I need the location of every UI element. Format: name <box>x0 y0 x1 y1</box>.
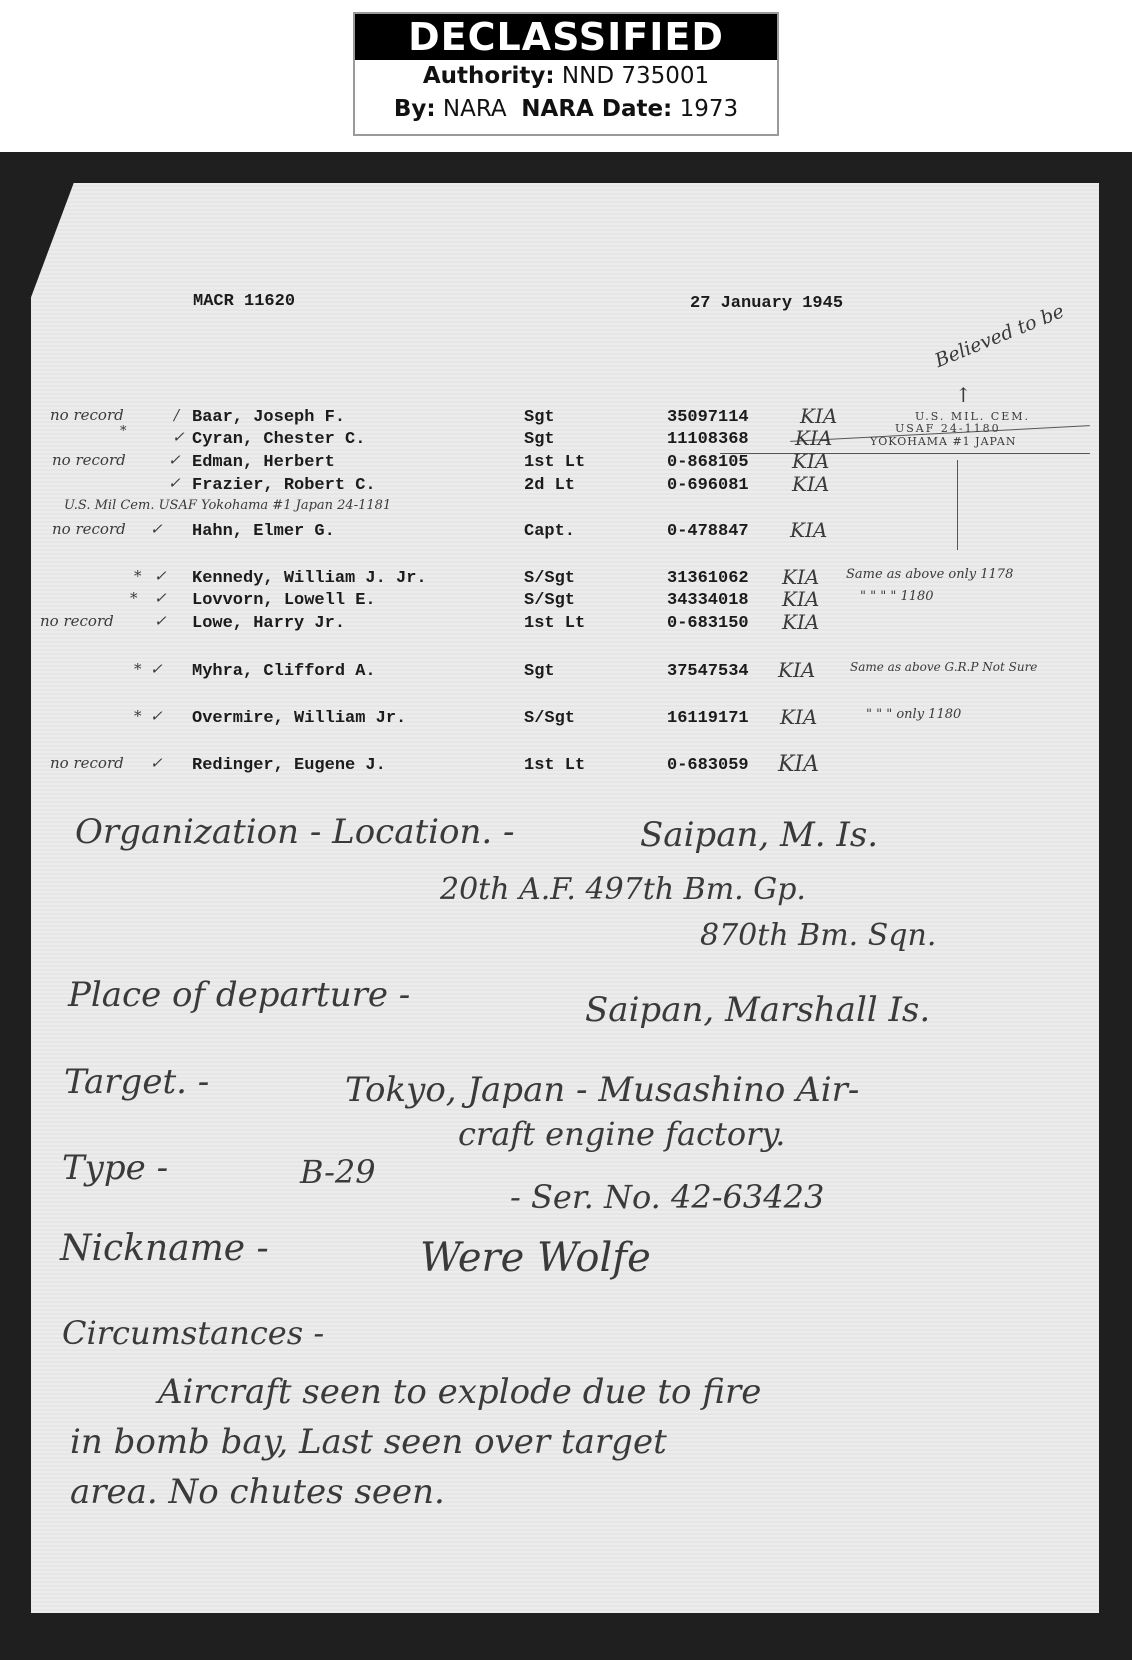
nickname-label: Nickname - <box>60 1228 269 1269</box>
check-mark-icon: ✓ <box>150 660 163 678</box>
crew-serial: 35097114 <box>667 408 749 427</box>
crew-serial: 0-868105 <box>667 453 749 472</box>
crew-status: KIA <box>780 705 817 729</box>
by-value: NARA <box>443 96 507 122</box>
crew-serial: 0-683150 <box>667 614 749 633</box>
authority-value: NND 735001 <box>562 63 709 89</box>
crew-status: KIA <box>778 752 819 777</box>
check-mark-icon: ✓ <box>150 754 163 772</box>
crew-status: KIA <box>792 472 829 496</box>
left-note: * <box>130 589 138 607</box>
stamp-authority: Authority: NND 735001 <box>355 60 777 93</box>
left-note: no record <box>50 754 124 772</box>
crew-row: no record ✓ Redinger, Eugene J. 1st Lt 0… <box>0 756 1132 776</box>
circumstances-line1: Aircraft seen to explode due to fire <box>158 1372 761 1412</box>
crew-row: * ✓ Lovvorn, Lowell E. S/Sgt 34334018 KI… <box>0 591 1132 611</box>
crew-name: Hahn, Elmer G. <box>192 522 335 541</box>
crew-name: Lovvorn, Lowell E. <box>192 591 376 610</box>
crew-row: no record / Baar, Joseph F. Sgt 35097114… <box>0 408 1132 428</box>
date-label: NARA Date: <box>521 96 672 122</box>
crew-row: no record ✓ Lowe, Harry Jr. 1st Lt 0-683… <box>0 614 1132 634</box>
departure-value: Saipan, Marshall Is. <box>585 990 930 1030</box>
organization-label: Organization - Location. - <box>75 812 515 852</box>
crew-status: KIA <box>795 426 832 450</box>
check-mark-icon: ✓ <box>150 707 163 725</box>
type-value: B-29 <box>300 1153 376 1191</box>
crew-rank: Sgt <box>524 430 555 449</box>
crew-row: ✓ Frazier, Robert C. 2d Lt 0-696081 KIA <box>0 476 1132 496</box>
crew-serial: 16119171 <box>667 709 749 728</box>
crew-rank: 1st Lt <box>524 756 585 775</box>
left-note: no record <box>52 520 126 538</box>
crew-serial: 0-696081 <box>667 476 749 495</box>
nickname-value: Were Wolfe <box>420 1235 651 1281</box>
by-label: By: <box>394 96 436 122</box>
crew-rank: 2d Lt <box>524 476 575 495</box>
crew-row: * ✓ Cyran, Chester C. Sgt 11108368 KIA <box>0 430 1132 450</box>
crew-rank: 1st Lt <box>524 614 585 633</box>
circumstances-label: Circumstances - <box>62 1314 324 1352</box>
check-mark-icon: / <box>174 406 179 424</box>
crew-rank: Sgt <box>524 662 555 681</box>
circumstances-line3: area. No chutes seen. <box>70 1472 445 1512</box>
crew-serial: 11108368 <box>667 430 749 449</box>
crew-row: * ✓ Myhra, Clifford A. Sgt 37547534 KIA … <box>0 662 1132 682</box>
crew-status: KIA <box>782 565 819 589</box>
left-note: no record <box>52 451 126 469</box>
crew-name: Lowe, Harry Jr. <box>192 614 345 633</box>
crew-rank: Capt. <box>524 522 575 541</box>
check-mark-icon: ✓ <box>150 520 163 538</box>
crew-name: Overmire, William Jr. <box>192 709 406 728</box>
circumstances-line2: in bomb bay, Last seen over target <box>70 1422 667 1462</box>
crew-rank: S/Sgt <box>524 591 575 610</box>
stamp-title: DECLASSIFIED <box>355 14 777 60</box>
crew-status: KIA <box>778 658 815 682</box>
organization-value: Saipan, M. Is. <box>640 815 878 855</box>
stamp-by-date: By: NARA NARA Date: 1973 <box>355 93 777 126</box>
report-id: MACR 11620 <box>193 292 295 311</box>
authority-label: Authority: <box>423 63 555 89</box>
arrow-up-icon: ↑ <box>955 383 972 407</box>
departure-label: Place of departure - <box>68 975 410 1015</box>
crew-row: no record ✓ Edman, Herbert 1st Lt 0-8681… <box>0 453 1132 473</box>
target-label: Target. - <box>64 1062 209 1102</box>
crew-serial: 37547534 <box>667 662 749 681</box>
report-date: 27 January 1945 <box>690 294 843 313</box>
crew-row: * ✓ Overmire, William Jr. S/Sgt 16119171… <box>0 709 1132 729</box>
crew-name: Baar, Joseph F. <box>192 408 345 427</box>
crew-rank: 1st Lt <box>524 453 585 472</box>
organization-line2: 20th A.F. 497th Bm. Gp. <box>440 872 806 907</box>
declassified-stamp: DECLASSIFIED Authority: NND 735001 By: N… <box>353 12 779 136</box>
crew-name: Frazier, Robert C. <box>192 476 376 495</box>
crew-name: Kennedy, William J. Jr. <box>192 569 427 588</box>
type-label: Type - <box>62 1148 168 1188</box>
crew-name: Cyran, Chester C. <box>192 430 365 449</box>
crew-rank: S/Sgt <box>524 709 575 728</box>
right-note: Same as above only 1178 <box>846 567 1013 582</box>
crew-status: KIA <box>792 449 829 473</box>
check-mark-icon: ✓ <box>172 428 185 446</box>
crew-serial: 34334018 <box>667 591 749 610</box>
right-note: " " " " 1180 <box>860 589 934 604</box>
frazier-note: U.S. Mil Cem. USAF Yokohama #1 Japan 24-… <box>64 498 391 513</box>
crew-name: Redinger, Eugene J. <box>192 756 386 775</box>
crew-serial: 0-478847 <box>667 522 749 541</box>
check-mark-icon: ✓ <box>154 567 167 585</box>
crew-name: Edman, Herbert <box>192 453 335 472</box>
right-note: " " " only 1180 <box>866 707 961 722</box>
organization-line3: 870th Bm. Sqn. <box>700 918 936 953</box>
crew-rank: Sgt <box>524 408 555 427</box>
left-note: * <box>134 707 142 725</box>
target-value: Tokyo, Japan - Musashino Air- <box>345 1070 859 1110</box>
crew-status: KIA <box>782 587 819 611</box>
crew-rank: S/Sgt <box>524 569 575 588</box>
right-note: Same as above G.R.P Not Sure <box>850 660 1037 674</box>
left-note: no record <box>40 612 114 630</box>
left-note: * <box>134 660 142 678</box>
date-value: 1973 <box>680 96 739 122</box>
crew-status: KIA <box>782 610 819 634</box>
crew-name: Myhra, Clifford A. <box>192 662 376 681</box>
left-note: * <box>134 567 142 585</box>
crew-row: * ✓ Kennedy, William J. Jr. S/Sgt 313610… <box>0 569 1132 589</box>
check-mark-icon: ✓ <box>154 612 167 630</box>
aircraft-serial: - Ser. No. 42-63423 <box>510 1178 824 1216</box>
crew-status: KIA <box>800 404 837 428</box>
crew-serial: 0-683059 <box>667 756 749 775</box>
crew-status: KIA <box>790 518 827 542</box>
check-mark-icon: ✓ <box>168 474 181 492</box>
crew-row: no record ✓ Hahn, Elmer G. Capt. 0-47884… <box>0 522 1132 542</box>
left-note: * <box>120 424 127 439</box>
left-note: no record <box>50 406 124 424</box>
check-mark-icon: ✓ <box>168 451 181 469</box>
check-mark-icon: ✓ <box>154 589 167 607</box>
crew-serial: 31361062 <box>667 569 749 588</box>
target-line2: craft engine factory. <box>458 1115 785 1153</box>
